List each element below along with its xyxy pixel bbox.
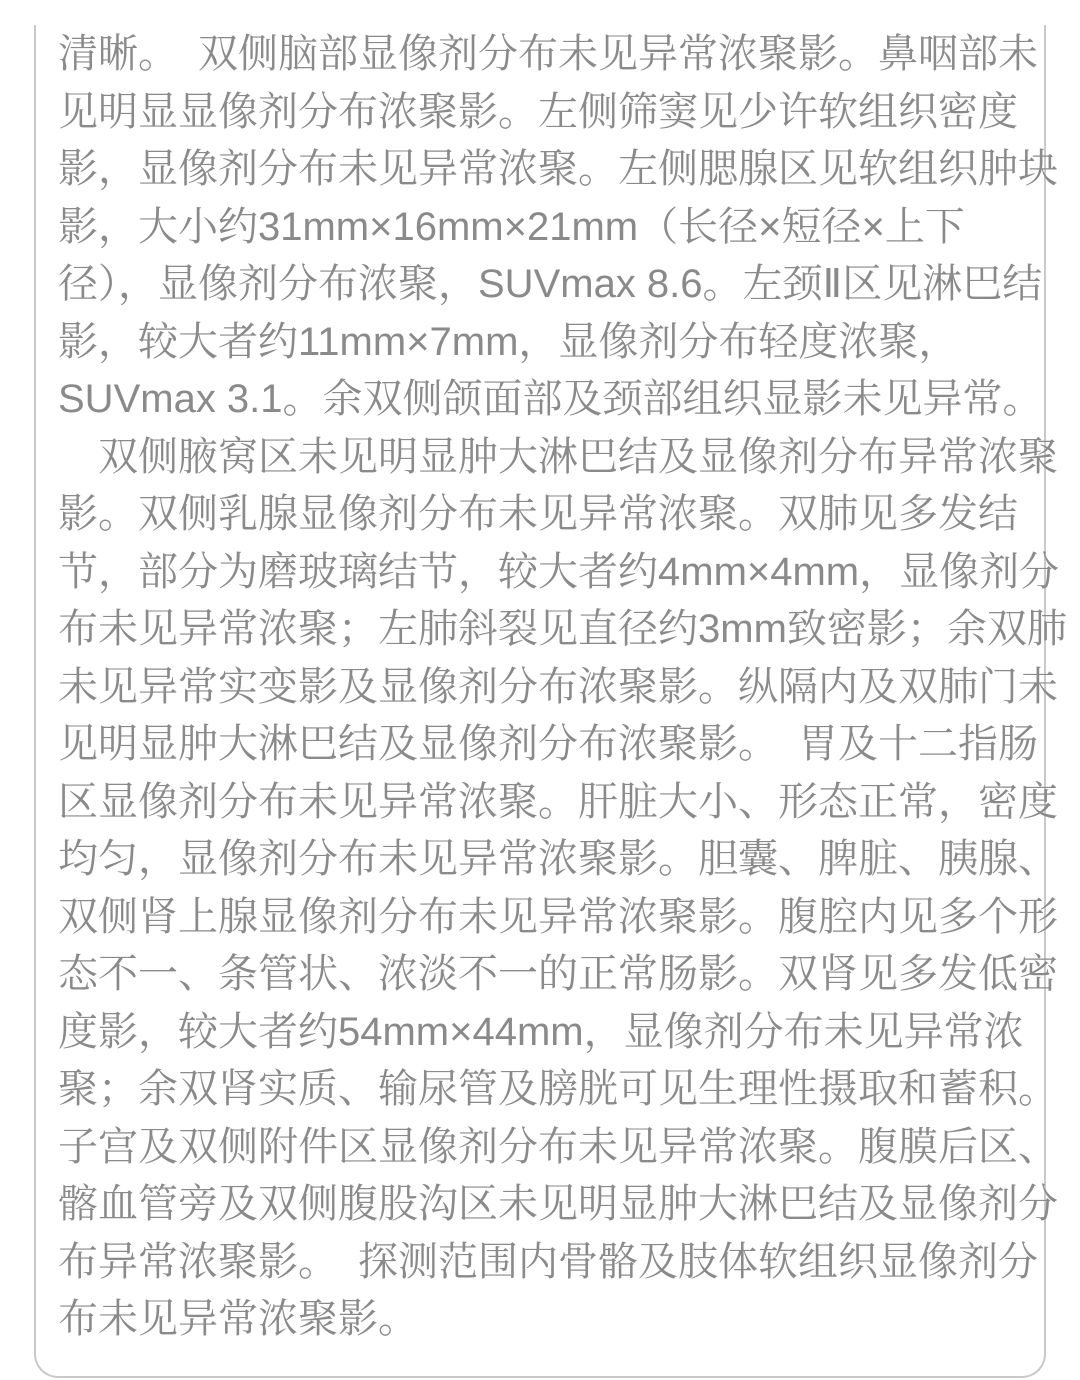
report-line: 影，较大者约11mm×7mm，显像剂分布轻度浓聚， xyxy=(58,314,1023,372)
report-line: 影。双侧乳腺显像剂分布未见异常浓聚。双肺见多发结 xyxy=(58,486,1023,544)
report-line: 聚；余双肾实质、输尿管及膀胱可见生理性摄取和蓄积。 xyxy=(58,1061,1023,1119)
report-line: 布未见异常浓聚；左肺斜裂见直径约3mm致密影；余双肺 xyxy=(58,601,1023,659)
report-line: 髂血管旁及双侧腹股沟区未见明显肿大淋巴结及显像剂分 xyxy=(58,1176,1023,1234)
report-line: 双侧肾上腺显像剂分布未见异常浓聚影。腹腔内见多个形 xyxy=(58,889,1023,947)
report-line: 影，大小约31mm×16mm×21mm（长径×短径×上下 xyxy=(58,199,1023,257)
report-line: 布未见异常浓聚影。 xyxy=(58,1291,1023,1349)
report-line: 态不一、条管状、浓淡不一的正常肠影。双肾见多发低密 xyxy=(58,946,1023,1004)
report-line: 度影，较大者约54mm×44mm，显像剂分布未见异常浓 xyxy=(58,1004,1023,1062)
report-text: 清晰。 双侧脑部显像剂分布未见异常浓聚影。鼻咽部未见明显显像剂分布浓聚影。左侧筛… xyxy=(58,26,1023,1349)
report-line: 子宫及双侧附件区显像剂分布未见异常浓聚。腹膜后区、 xyxy=(58,1119,1023,1177)
report-line: 均匀，显像剂分布未见异常浓聚影。胆囊、脾脏、胰腺、 xyxy=(58,831,1023,889)
report-line: 布异常浓聚影。 探测范围内骨骼及肢体软组织显像剂分 xyxy=(58,1234,1023,1292)
report-line: 节，部分为磨玻璃结节，较大者约4mm×4mm，显像剂分 xyxy=(58,544,1023,602)
report-line: 清晰。 双侧脑部显像剂分布未见异常浓聚影。鼻咽部未 xyxy=(58,26,1023,84)
report-line: 未见异常实变影及显像剂分布浓聚影。纵隔内及双肺门未 xyxy=(58,659,1023,717)
report-line: 双侧腋窝区未见明显肿大淋巴结及显像剂分布异常浓聚 xyxy=(58,429,1023,487)
report-line: 见明显肿大淋巴结及显像剂分布浓聚影。 胃及十二指肠 xyxy=(58,716,1023,774)
report-line: 见明显显像剂分布浓聚影。左侧筛窦见少许软组织密度 xyxy=(58,84,1023,142)
report-line: SUVmax 3.1。余双侧颌面部及颈部组织显影未见异常。 xyxy=(58,371,1023,429)
report-line: 径），显像剂分布浓聚，SUVmax 8.6。左颈Ⅱ区见淋巴结 xyxy=(58,256,1023,314)
report-line: 影，显像剂分布未见异常浓聚。左侧腮腺区见软组织肿块 xyxy=(58,141,1023,199)
report-page: 清晰。 双侧脑部显像剂分布未见异常浓聚影。鼻咽部未见明显显像剂分布浓聚影。左侧筛… xyxy=(0,0,1080,1380)
report-line: 区显像剂分布未见异常浓聚。肝脏大小、形态正常，密度 xyxy=(58,774,1023,832)
